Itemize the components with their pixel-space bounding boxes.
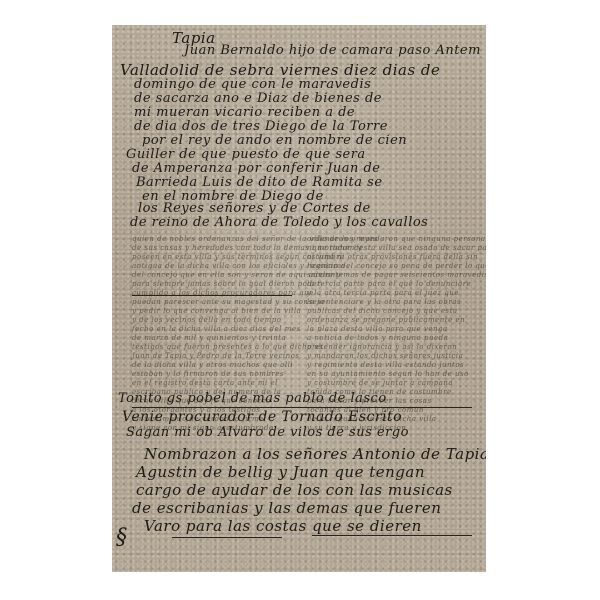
manuscript-line: de dia dos de tres Diego de la Torre — [134, 119, 388, 134]
divider — [132, 407, 472, 408]
divider — [132, 295, 292, 296]
manuscript-line: mi mueran vicario reciben a de — [134, 105, 355, 120]
divider — [172, 537, 282, 538]
manuscript-line: Nombrazon a los señores Antonio de Tapia — [144, 445, 486, 463]
manuscript-line: de sacarza ano e Diaz de bienes de — [134, 91, 382, 106]
signature-flourish-icon: § — [116, 525, 128, 550]
manuscript-line: Barrieda Luis de dito de Ramita se — [136, 175, 383, 190]
manuscript-line: domingo de que con le maravedis — [134, 77, 371, 92]
manuscript-line: los Reyes señores y de Cortes de — [138, 201, 371, 216]
divider — [312, 535, 472, 536]
manuscript-line: cargo de ayudar de los con las musicas — [136, 481, 453, 499]
manuscript-line: Tonito gs pobel de mas pablo de lasco — [118, 391, 387, 406]
manuscript-line: de Amperanza por conferir Juan de — [132, 161, 381, 176]
manuscript-line: Agustin de bellig y Juan que tengan — [136, 463, 425, 481]
manuscript-line: Varo para las costas que se dieren — [144, 517, 422, 535]
manuscript-line: Sagan mi ob Alvaro de vilos de sus ergo — [126, 425, 409, 440]
manuscript-line: Juan Bernaldo hijo de camara paso Antem — [184, 43, 481, 58]
manuscript-print: Tapia Juan Bernaldo hijo de camara paso … — [112, 25, 486, 572]
manuscript-line: de escribanias y las demas que fueren — [132, 499, 441, 517]
manuscript-line: Guiller de que puesto de que sera — [126, 147, 366, 162]
manuscript-line: por el rey de ando en nombre de cien — [142, 133, 407, 148]
manuscript-line: Venie procurador de Tornado Escrito — [122, 409, 402, 425]
manuscript-line: de reino de Ahora de Toledo y los cavall… — [130, 215, 428, 230]
